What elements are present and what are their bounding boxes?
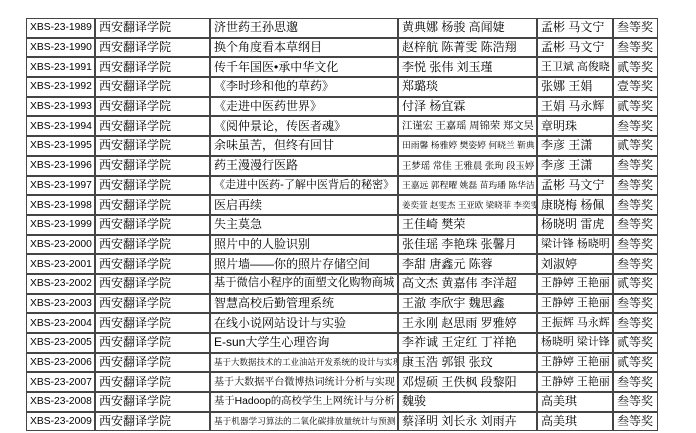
cell-id: XBS-23-2001 [26,254,95,274]
table-row: XBS-23-2007西安翻译学院基于大数据平台微博热词统计分析与实现邓煜硕 王… [26,372,658,392]
cell-authors: 王永刚 赵思雨 罗雅婷 [398,313,537,333]
cell-title: 传千年国医•承中华文化 [210,57,398,77]
table-row: XBS-23-2000西安翻译学院照片中的人脸识别张佳瑶 李艳珠 张馨月梁计锋 … [26,235,658,255]
cell-advisors: 王静婷 王艳丽 [537,294,613,314]
table-row: XBS-23-1992西安翻译学院《李时珍和他的草药》郑璐琰张娜 王娟壹等奖 [26,77,658,97]
cell-title: 基于机器学习算法的二氧化碳排放量统计与预测 [210,412,398,432]
cell-award: 叁等奖 [613,116,658,136]
cell-institution: 西安翻译学院 [95,254,210,274]
cell-authors: 王梦瑶 常佳 王雅晨 张珣 段玉婷 [398,156,537,176]
cell-advisors: 李彦 王潇 [537,156,613,176]
cell-advisors: 王静婷 王艳丽 [537,353,613,373]
cell-title: 《走进中医药世界》 [210,97,398,117]
cell-award: 叁等奖 [613,254,658,274]
cell-award: 贰等奖 [613,353,658,373]
cell-id: XBS-23-2008 [26,392,95,412]
cell-authors: 高文杰 黄嘉伟 李洋超 [398,274,537,294]
cell-advisors: 孟彬 马文宁 [537,18,613,38]
cell-title: 济世药王孙思邈 [210,18,398,38]
cell-advisors: 杨晓明 雷虎 [537,215,613,235]
table-row: XBS-23-2001西安翻译学院照片墙——你的照片存储空间李甜 唐鑫元 陈蓉刘… [26,254,658,274]
cell-authors: 蔡泽明 刘长永 刘雨卉 [398,412,537,432]
cell-title: 医启再续 [210,195,398,215]
cell-award: 叁等奖 [613,294,658,314]
cell-advisors: 李彦 王潇 [537,136,613,156]
cell-title: E-sun大学生心理咨询 [210,333,398,353]
cell-award: 叁等奖 [613,156,658,176]
cell-title: 《走进中医药-了解中医背后的秘密》 [210,176,398,196]
table-row: XBS-23-1989西安翻译学院济世药王孙思邈黄典娜 杨骏 高闻婕孟彬 马文宁… [26,18,658,38]
cell-award: 贰等奖 [613,57,658,77]
cell-id: XBS-23-1995 [26,136,95,156]
cell-authors: 黄典娜 杨骏 高闻婕 [398,18,537,38]
table-row: XBS-23-1997西安翻译学院《走进中医药-了解中医背后的秘密》王嘉远 郭程… [26,176,658,196]
cell-authors: 张佳瑶 李艳珠 张馨月 [398,235,537,255]
cell-advisors: 王静婷 王艳丽 [537,372,613,392]
cell-authors: 赵梓航 陈菁雯 陈浩翔 [398,38,537,58]
cell-authors: 邓煜硕 王佚枫 段黎阳 [398,372,537,392]
cell-institution: 西安翻译学院 [95,392,210,412]
cell-title: 智慧高校后勤管理系统 [210,294,398,314]
cell-title: 基于Hadoop的高校学生上网统计与分析 [210,392,398,412]
cell-advisors: 梁计锋 杨晓明 [537,235,613,255]
cell-id: XBS-23-2004 [26,313,95,333]
table-row: XBS-23-2009西安翻译学院基于机器学习算法的二氧化碳排放量统计与预测蔡泽… [26,412,658,432]
table-row: XBS-23-1996西安翻译学院药王漫漫行医路王梦瑶 常佳 王雅晨 张珣 段玉… [26,156,658,176]
cell-award: 壹等奖 [613,77,658,97]
cell-title: 照片墙——你的照片存储空间 [210,254,398,274]
cell-authors: 李悦 张伟 刘玉瑾 [398,57,537,77]
table-body: XBS-23-1989西安翻译学院济世药王孙思邈黄典娜 杨骏 高闻婕孟彬 马文宁… [26,18,658,431]
cell-advisors: 张娜 王娟 [537,77,613,97]
cell-id: XBS-23-2009 [26,412,95,432]
cell-institution: 西安翻译学院 [95,215,210,235]
awards-table: XBS-23-1989西安翻译学院济世药王孙思邈黄典娜 杨骏 高闻婕孟彬 马文宁… [26,18,658,431]
table-row: XBS-23-1990西安翻译学院换个角度看本草纲目赵梓航 陈菁雯 陈浩翔孟彬 … [26,38,658,58]
cell-award: 叁等奖 [613,412,658,432]
cell-institution: 西安翻译学院 [95,412,210,432]
cell-award: 贰等奖 [613,274,658,294]
table-row: XBS-23-1991西安翻译学院传千年国医•承中华文化李悦 张伟 刘玉瑾王卫斌… [26,57,658,77]
cell-award: 叁等奖 [613,392,658,412]
cell-title: 在线小说网站设计与实验 [210,313,398,333]
cell-institution: 西安翻译学院 [95,333,210,353]
cell-award: 叁等奖 [613,38,658,58]
cell-award: 贰等奖 [613,97,658,117]
cell-title: 照片中的人脸识别 [210,235,398,255]
cell-advisors: 王振辉 马永辉 [537,313,613,333]
cell-authors: 王嘉远 郭程曜 姚磊 苗玙璠 陈华洁 [398,176,537,196]
cell-authors: 李甜 唐鑫元 陈蓉 [398,254,537,274]
cell-advisors: 孟彬 马文宁 [537,176,613,196]
cell-title: 换个角度看本草纲目 [210,38,398,58]
table-row: XBS-23-2004西安翻译学院在线小说网站设计与实验王永刚 赵思雨 罗雅婷王… [26,313,658,333]
cell-institution: 西安翻译学院 [95,274,210,294]
cell-advisors: 刘淑婷 [537,254,613,274]
cell-title: 基于大数据平台微博热词统计分析与实现 [210,372,398,392]
cell-advisors: 康晓梅 杨佩 [537,195,613,215]
cell-award: 贰等奖 [613,333,658,353]
table-row: XBS-23-2006西安翻译学院基于大数据技术的工业油站开发系统的设计与实现康… [26,353,658,373]
cell-award: 叁等奖 [613,176,658,196]
cell-award: 贰等奖 [613,136,658,156]
cell-title: 《李时珍和他的草药》 [210,77,398,97]
table-row: XBS-23-1998西安翻译学院医启再续姜奕萱 赵雯杰 王亚欧 梁晓菲 李奕雯… [26,195,658,215]
table-row: XBS-23-2002西安翻译学院基于微信小程序的面塑文化购物商城高文杰 黄嘉伟… [26,274,658,294]
cell-advisors: 高美琪 [537,392,613,412]
cell-id: XBS-23-1992 [26,77,95,97]
cell-authors: 魏骏 [398,392,537,412]
cell-award: 叁等奖 [613,372,658,392]
cell-institution: 西安翻译学院 [95,116,210,136]
cell-id: XBS-23-2007 [26,372,95,392]
cell-authors: 付泽 杨宜霖 [398,97,537,117]
cell-id: XBS-23-1996 [26,156,95,176]
cell-id: XBS-23-2005 [26,333,95,353]
cell-id: XBS-23-1994 [26,116,95,136]
cell-advisors: 王卫斌 高俊晓 [537,57,613,77]
page: XBS-23-1989西安翻译学院济世药王孙思邈黄典娜 杨骏 高闻婕孟彬 马文宁… [0,0,696,433]
table-row: XBS-23-2005西安翻译学院E-sun大学生心理咨询李祚诚 王定红 丁祥艳… [26,333,658,353]
cell-advisors: 高美琪 [537,412,613,432]
cell-institution: 西安翻译学院 [95,136,210,156]
cell-institution: 西安翻译学院 [95,353,210,373]
table-row: XBS-23-2003西安翻译学院智慧高校后勤管理系统王澈 李欣宇 魏思鑫王静婷… [26,294,658,314]
cell-id: XBS-23-1991 [26,57,95,77]
cell-institution: 西安翻译学院 [95,57,210,77]
cell-id: XBS-23-1999 [26,215,95,235]
cell-title: 药王漫漫行医路 [210,156,398,176]
cell-authors: 王佳崎 樊荣 [398,215,537,235]
cell-institution: 西安翻译学院 [95,38,210,58]
cell-id: XBS-23-2002 [26,274,95,294]
cell-institution: 西安翻译学院 [95,97,210,117]
cell-advisors: 孟彬 马文宁 [537,38,613,58]
cell-authors: 田雨馨 杨雅婷 樊姿婷 何晓兰 靳典 [398,136,537,156]
cell-award: 叁等奖 [613,195,658,215]
table-row: XBS-23-1993西安翻译学院《走进中医药世界》付泽 杨宜霖王娟 马永辉贰等… [26,97,658,117]
cell-institution: 西安翻译学院 [95,372,210,392]
cell-institution: 西安翻译学院 [95,235,210,255]
cell-title: 基于微信小程序的面塑文化购物商城 [210,274,398,294]
cell-id: XBS-23-2003 [26,294,95,314]
cell-title: 余味虽苦，但终有回甘 [210,136,398,156]
cell-id: XBS-23-2006 [26,353,95,373]
cell-advisors: 章明珠 [537,116,613,136]
cell-award: 叁等奖 [613,18,658,38]
table-row: XBS-23-1995西安翻译学院余味虽苦，但终有回甘田雨馨 杨雅婷 樊姿婷 何… [26,136,658,156]
cell-advisors: 杨晓明 梁计锋 [537,333,613,353]
cell-authors: 江谨宏 王嘉瑶 周锦荣 郑文昊 [398,116,537,136]
cell-institution: 西安翻译学院 [95,18,210,38]
cell-title: 基于大数据技术的工业油站开发系统的设计与实现 [210,353,398,373]
cell-authors: 郑璐琰 [398,77,537,97]
cell-authors: 姜奕萱 赵雯杰 王亚欧 梁晓菲 李奕雯 [398,195,537,215]
cell-id: XBS-23-1993 [26,97,95,117]
cell-id: XBS-23-1990 [26,38,95,58]
cell-authors: 李祚诚 王定红 丁祥艳 [398,333,537,353]
cell-institution: 西安翻译学院 [95,195,210,215]
cell-title: 《阅仲景论，传医者魂》 [210,116,398,136]
cell-award: 叁等奖 [613,235,658,255]
cell-award: 叁等奖 [613,215,658,235]
cell-id: XBS-23-1998 [26,195,95,215]
cell-advisors: 王娟 马永辉 [537,97,613,117]
cell-title: 失主莫急 [210,215,398,235]
table-row: XBS-23-1999西安翻译学院失主莫急王佳崎 樊荣杨晓明 雷虎叁等奖 [26,215,658,235]
cell-institution: 西安翻译学院 [95,176,210,196]
cell-award: 叁等奖 [613,313,658,333]
cell-id: XBS-23-1989 [26,18,95,38]
cell-id: XBS-23-2000 [26,235,95,255]
table-row: XBS-23-1994西安翻译学院《阅仲景论，传医者魂》江谨宏 王嘉瑶 周锦荣 … [26,116,658,136]
cell-authors: 康玉浩 郭银 张玟 [398,353,537,373]
cell-institution: 西安翻译学院 [95,294,210,314]
cell-institution: 西安翻译学院 [95,156,210,176]
cell-advisors: 王静婷 王艳丽 [537,274,613,294]
table-row: XBS-23-2008西安翻译学院基于Hadoop的高校学生上网统计与分析魏骏高… [26,392,658,412]
cell-authors: 王澈 李欣宇 魏思鑫 [398,294,537,314]
cell-institution: 西安翻译学院 [95,313,210,333]
cell-institution: 西安翻译学院 [95,77,210,97]
cell-id: XBS-23-1997 [26,176,95,196]
